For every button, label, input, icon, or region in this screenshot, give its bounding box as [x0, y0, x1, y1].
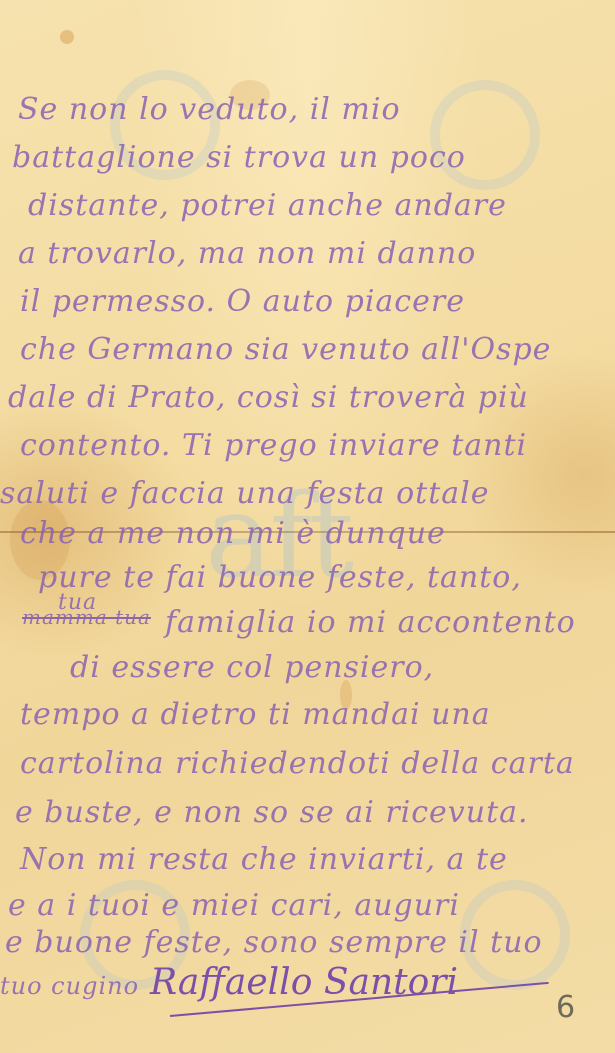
letter-line-9: saluti e faccia una festa ottale [0, 476, 490, 511]
letter-line-7: dale di Prato, così si troverà più [8, 380, 529, 415]
stain [60, 30, 74, 44]
letter-line-6: che Germano sia venuto all'Ospe [20, 332, 551, 367]
letter-line-15: cartolina richiedendoti della carta [20, 746, 575, 781]
letter-line-13: di essere col pensiero, [70, 650, 434, 685]
page-number: 6 [556, 990, 575, 1025]
letter-page: aft Se non lo veduto, il mio battaglione… [0, 0, 615, 1053]
letter-line-18: e a i tuoi e miei cari, auguri [8, 888, 460, 923]
letter-line-3: distante, potrei anche andare [28, 188, 507, 223]
letter-line-2: battaglione si trova un poco [12, 140, 466, 175]
letter-line-17: Non mi resta che inviarti, a te [20, 842, 508, 877]
letter-line-19: e buone feste, sono sempre il tuo [5, 925, 543, 960]
signature: Raffaello Santori [150, 962, 458, 1003]
letter-line-4: a trovarlo, ma non mi danno [18, 236, 476, 271]
struck-word: mamma tua [22, 605, 151, 629]
letter-line-10: che a me non mi è dunque [20, 516, 446, 551]
letter-line-1: Se non lo veduto, il mio [18, 92, 401, 127]
letter-line-16: e buste, e non so se ai ricevuta. [15, 795, 529, 830]
letter-line-20: tuo cugino [0, 972, 139, 1000]
letter-line-8: contento. Ti prego inviare tanti [20, 428, 527, 463]
letter-line-14: tempo a dietro ti mandai una [20, 697, 491, 732]
letter-line-5: il permesso. O auto piacere [20, 284, 465, 319]
letter-line-11: pure te fai buone feste, tanto, [38, 560, 522, 595]
letter-line-12: famiglia io mi accontento [165, 605, 576, 640]
